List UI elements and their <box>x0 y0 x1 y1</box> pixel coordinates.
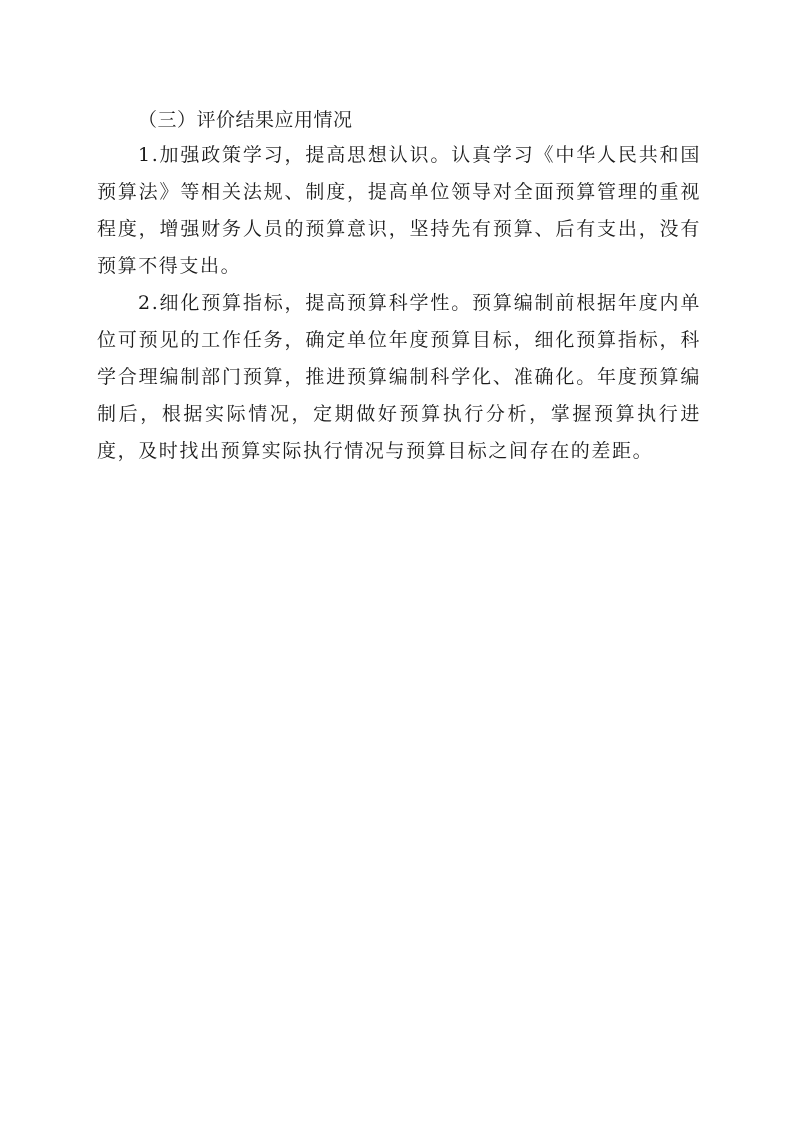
section-heading: （三）评价结果应用情况 <box>97 104 701 137</box>
paragraph-policy-study: 1.加强政策学习，提高思想认识。认真学习《中华人民共和国预算法》等相关法规、制度… <box>97 137 701 285</box>
document-page: （三）评价结果应用情况 1.加强政策学习，提高思想认识。认真学习《中华人民共和国… <box>97 104 701 470</box>
paragraph-budget-indicators: 2.细化预算指标，提高预算科学性。预算编制前根据年度内单位可预见的工作任务，确定… <box>97 285 701 470</box>
